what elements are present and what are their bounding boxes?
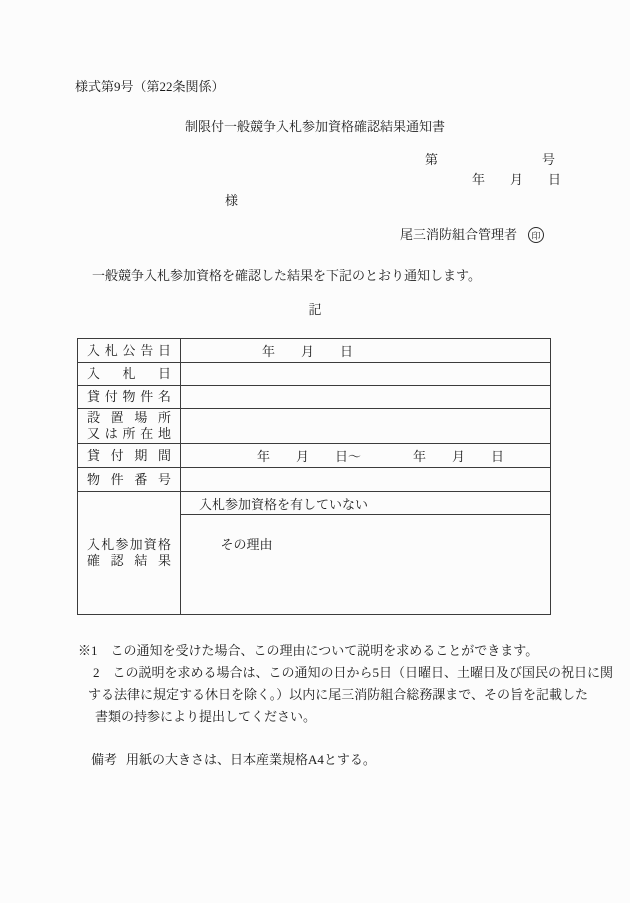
date-month-label: 月 [510,172,523,188]
document-title: 制限付一般競争入札参加資格確認結果通知書 [0,119,630,135]
result-option-not-qualified: 入札参加資格を有していない [181,492,550,515]
table-row-bid-date: 入札日 [78,363,550,386]
document-number-prefix: 第 [425,152,438,168]
result-reason-area: その理由 [181,515,550,614]
form-number: 様式第9号（第22条関係） [75,79,225,95]
table-row-property-number: 物件番号 [78,468,550,492]
date-day-label: 日 [548,172,561,188]
row-value [181,409,550,443]
remark-label: 備考 [91,752,117,767]
row-value [181,363,550,385]
body-text: 一般競争入札参加資格を確認した結果を下記のとおり通知します。 [92,268,481,284]
remark-text: 用紙の大きさは、日本産業規格A4とする。 [126,752,376,767]
table-row-installation-location: 設置場所 又は所在地 [78,409,550,444]
row-value [181,468,550,491]
document-number-suffix: 号 [542,152,555,168]
row-label: 物件番号 [78,468,181,491]
row-label: 入札参加資格 確認結果 [78,492,181,614]
table-row-lease-property-name: 貸付物件名 [78,386,550,409]
footnote-2-line-3: 書類の持参により提出してください。 [95,709,316,725]
section-marker-ki: 記 [0,302,630,318]
issuer-name: 尾三消防組合管理者 [400,227,517,243]
table-row-bid-announcement-date: 入札公告日 年 月 日 [78,339,550,363]
row-label: 貸付物件名 [78,386,181,408]
table-row-lease-period: 貸付期間 年 月 日～ 年 月 日 [78,444,550,468]
footnote-2-line-1: 2 この説明を求める場合は、この通知の日から5日（日曜日、土曜日及び国民の祝日に… [93,665,613,681]
recipient-honorific: 様 [225,193,238,209]
document-page: 様式第9号（第22条関係） 制限付一般競争入札参加資格確認結果通知書 第 号 年… [0,0,630,903]
seal-icon: 印 [528,227,544,243]
footnote-2-line-2: する法律に規定する休日を除く。）以内に尾三消防組合総務課まで、その旨を記載した [88,687,588,703]
row-label: 貸付期間 [78,444,181,467]
issuer-line: 尾三消防組合管理者 印 [400,227,544,243]
row-value: 入札参加資格を有していない その理由 [181,492,550,614]
remark-line: 備考用紙の大きさは、日本産業規格A4とする。 [78,736,376,785]
row-label: 設置場所 又は所在地 [78,409,181,443]
footnote-1: ※1 この通知を受けた場合、この理由について説明を求めることができます。 [78,643,538,659]
row-value [181,386,550,408]
date-year-label: 年 [472,172,485,188]
document-number-line: 第 号 [425,152,555,168]
row-value: 年 月 日 [181,339,550,362]
row-label: 入札日 [78,363,181,385]
row-label: 入札公告日 [78,339,181,362]
table-row-qualification-result: 入札参加資格 確認結果 入札参加資格を有していない その理由 [78,492,550,614]
issue-date-line: 年 月 日 [472,172,561,188]
qualification-table: 入札公告日 年 月 日 入札日 貸付物件名 設置場所 [77,338,551,615]
row-value: 年 月 日～ 年 月 日 [181,444,550,467]
